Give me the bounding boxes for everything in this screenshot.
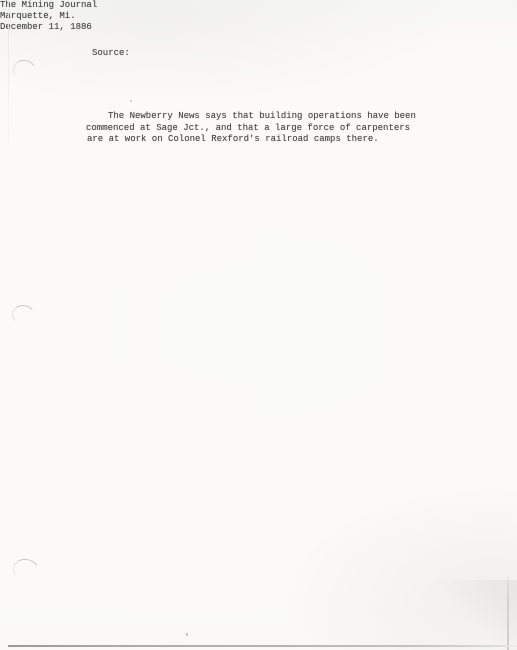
body-text-line: are at work on Colonel Rexford's railroa… (87, 134, 379, 145)
hole-punch-mark (11, 556, 42, 584)
scanner-bottom-edge (8, 645, 517, 647)
source-date: December 11, 1886 (0, 22, 517, 33)
source-publication: The Mining Journal (0, 0, 517, 11)
paper-speck (186, 633, 188, 636)
paper-crease (427, 580, 517, 650)
source-location: Marquette, Mi. (0, 11, 517, 22)
hole-punch-mark (11, 303, 37, 326)
hole-punch-mark (11, 58, 38, 83)
source-citation: The Mining Journal Marquette, Mi. Decemb… (0, 0, 517, 32)
paper-speck (130, 100, 132, 102)
page-left-edge-shadow (8, 0, 9, 170)
source-label: Source: (92, 48, 130, 59)
body-text-line: The Newberry News says that building ope… (108, 111, 416, 122)
scanned-document-page: Source: The Mining Journal Marquette, Mi… (0, 0, 517, 650)
body-text-line: commenced at Sage Jct., and that a large… (86, 123, 410, 134)
